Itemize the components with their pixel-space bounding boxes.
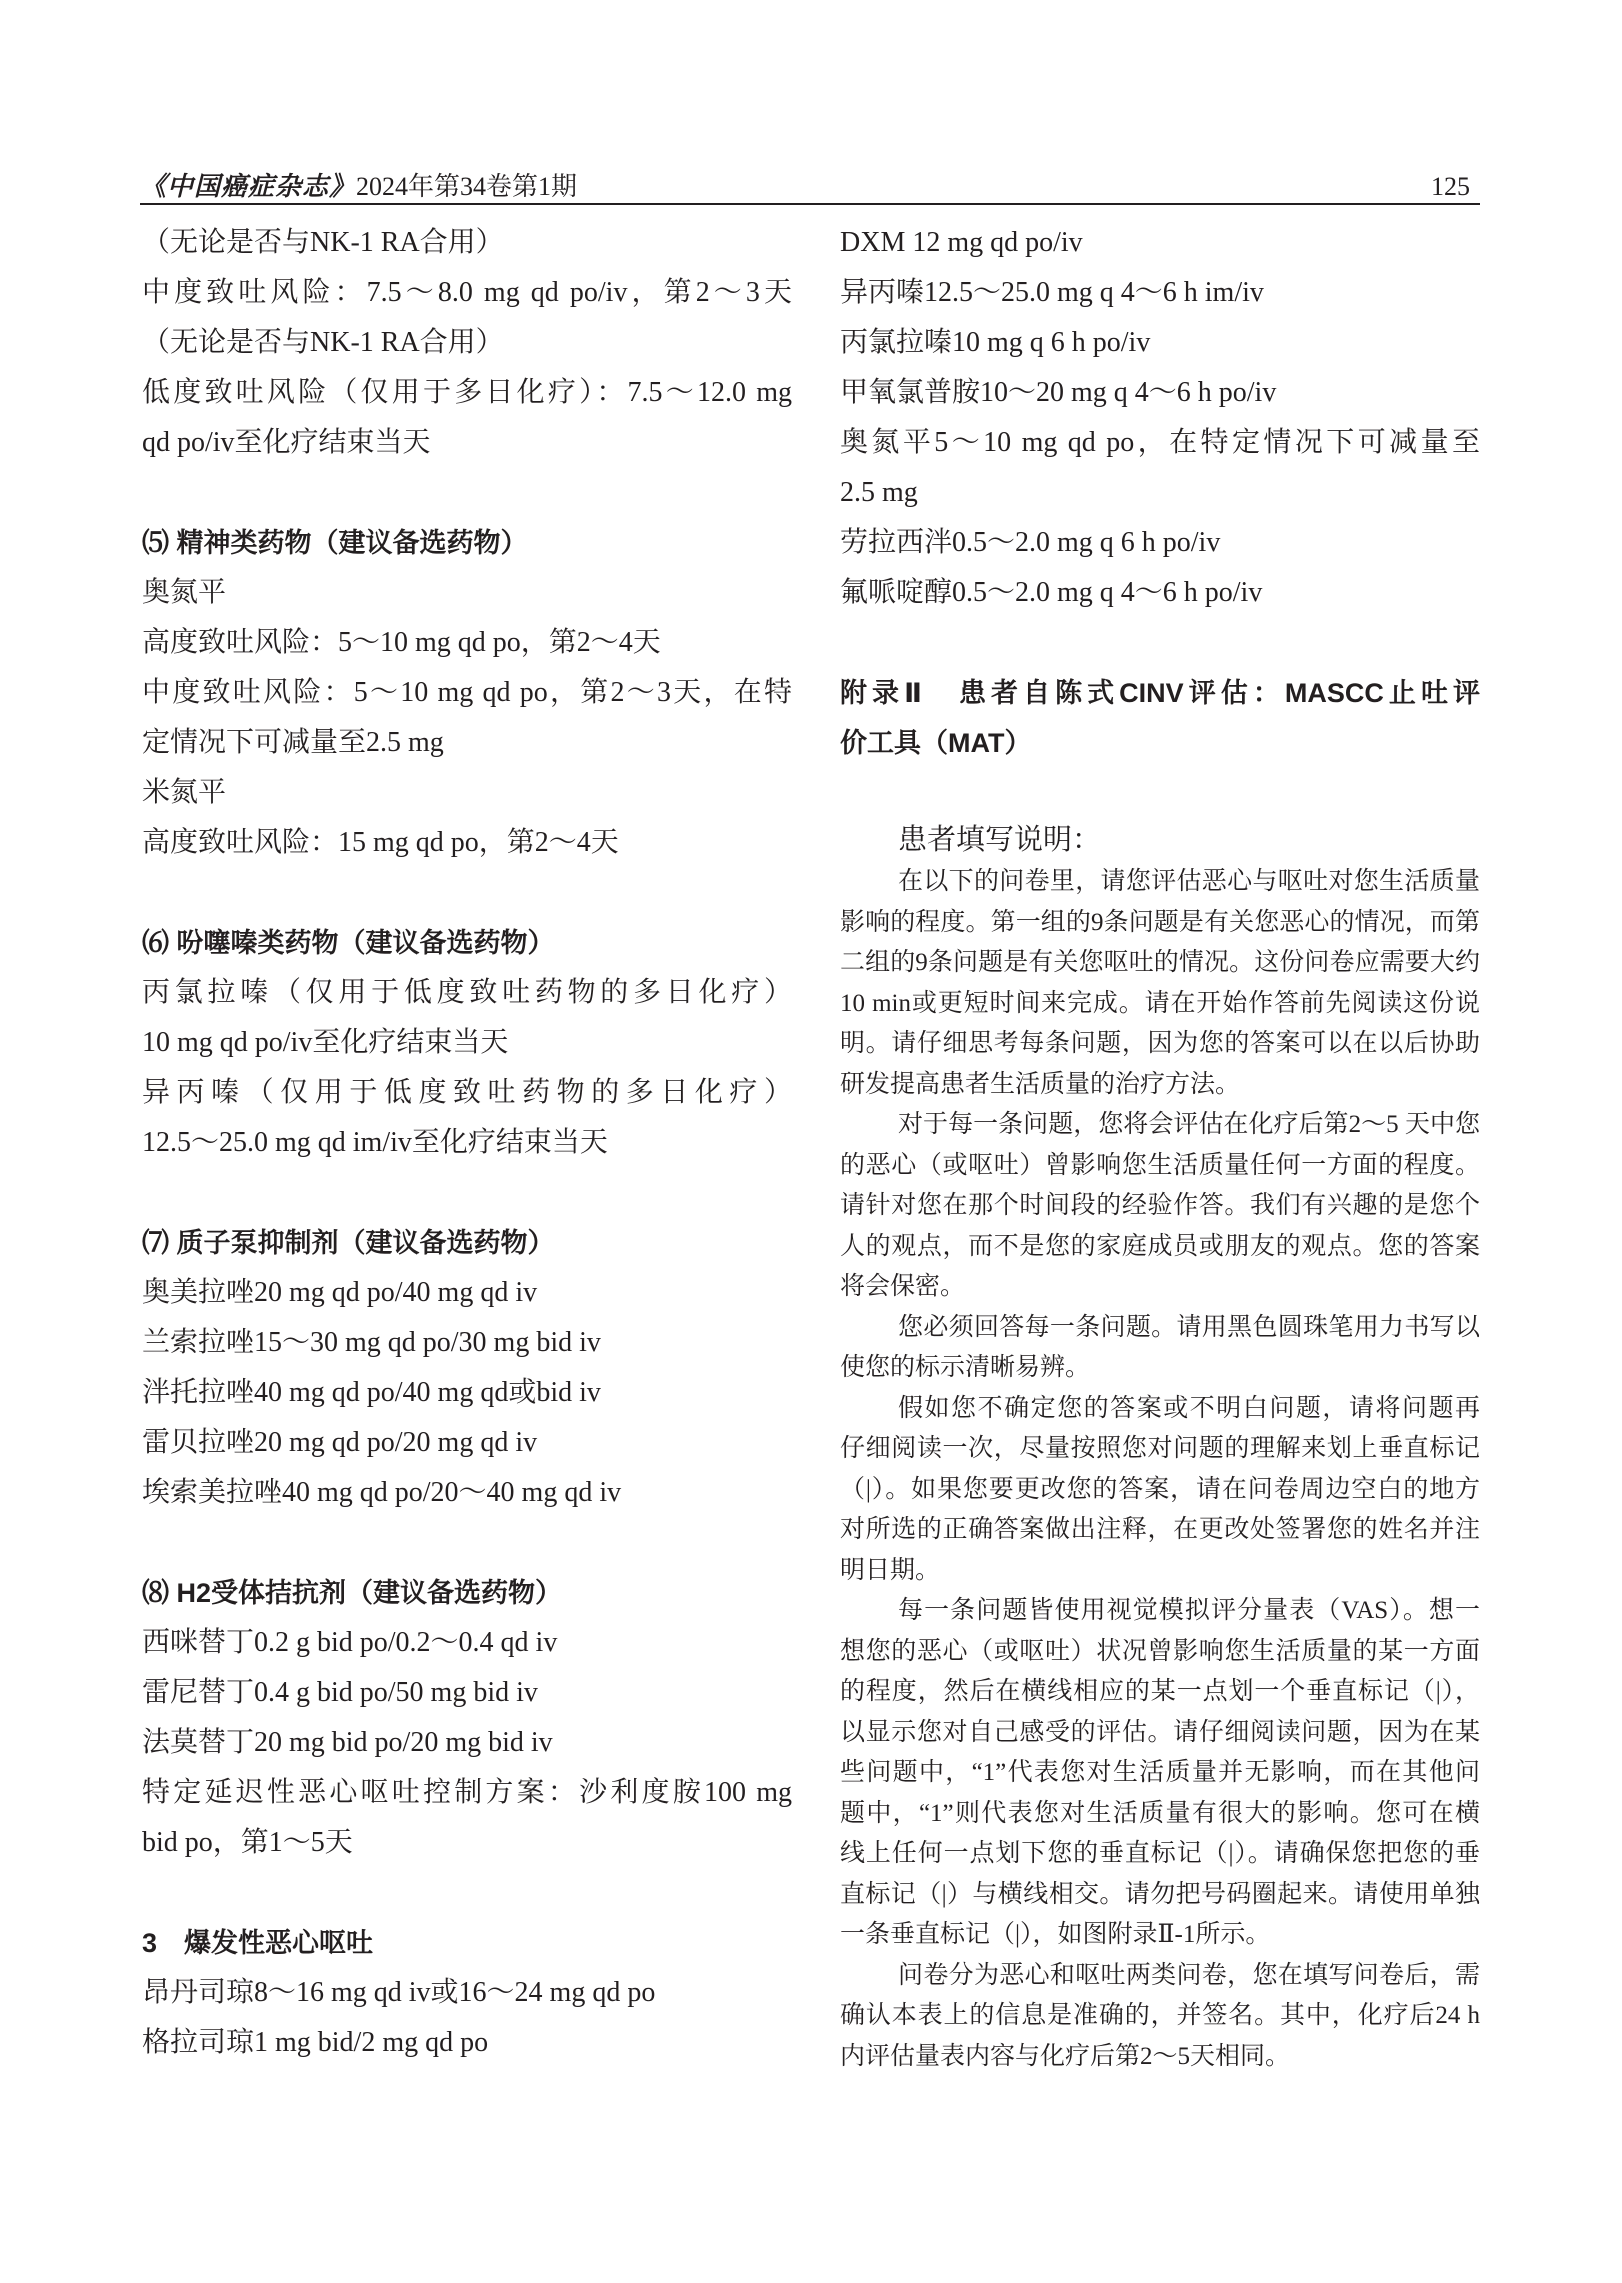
text-line: （|）。如果您要更改您的答案，请在问卷周边空白的地方 xyxy=(840,1470,1480,1511)
text-line: 中度致吐风险：5～10 mg qd po，第2～3天，在特 xyxy=(142,668,792,718)
text-line: 每一条问题皆使用视觉模拟评分量表（VAS）。想一 xyxy=(840,1591,1480,1632)
text-line: 二组的9条问题是有关您呕吐的情况。这份问卷应需要大约 xyxy=(840,943,1480,984)
text-line: 12.5～25.0 mg qd im/iv至化疗结束当天 xyxy=(142,1118,792,1168)
page-number: 125 xyxy=(1431,170,1470,204)
text-line: 西咪替丁0.2 g bid po/0.2～0.4 qd iv xyxy=(142,1618,792,1668)
text-line: 格拉司琼1 mg bid/2 mg qd po xyxy=(142,2018,792,2068)
text-line: 研发提高患者生活质量的治疗方法。 xyxy=(840,1065,1480,1106)
text-line: 想您的恶心（或呕吐）状况曾影响您生活质量的某一方面 xyxy=(840,1632,1480,1673)
journal-citation: 《中国癌症杂志》2024年第34卷第1期 xyxy=(140,170,577,204)
header-rule xyxy=(140,203,1480,205)
section-heading-psychotropic: ⑸ 精神类药物（建议备选药物） xyxy=(142,518,792,568)
text-line: 影响的程度。第一组的9条问题是有关您恶心的情况，而第 xyxy=(840,903,1480,944)
journal-page: 《中国癌症杂志》2024年第34卷第1期 125 （无论是否与NK-1 RA合用… xyxy=(0,0,1622,2283)
text-line: 内评估量表内容与化疗后第2～5天相同。 xyxy=(840,2037,1480,2078)
text-line: 问卷分为恶心和呕吐两类问卷，您在填写问卷后，需 xyxy=(840,1956,1480,1997)
text-line: （无论是否与NK-1 RA合用） xyxy=(142,218,792,268)
text-line: 奥美拉唑20 mg qd po/40 mg qd iv xyxy=(142,1268,792,1318)
text-line: 米氮平 xyxy=(142,768,792,818)
text-line: 些问题中，“1”代表您对生活质量并无影响，而在其他问 xyxy=(840,1753,1480,1794)
text-line: 昂丹司琼8～16 mg qd iv或16～24 mg qd po xyxy=(142,1968,792,2018)
instructions-title: 患者填写说明： xyxy=(840,818,1480,862)
text-line: 甲氧氯普胺10～20 mg q 4～6 h po/iv xyxy=(840,368,1480,418)
text-line: 明。请仔细思考每条问题，因为您的答案可以在以后协助 xyxy=(840,1024,1480,1065)
text-line: 特定延迟性恶心呕吐控制方案：沙利度胺100 mg xyxy=(142,1768,792,1818)
left-column: （无论是否与NK-1 RA合用） 中度致吐风险：7.5～8.0 mg qd po… xyxy=(142,218,792,2068)
section-heading-breakthrough: 3 爆发性恶心呕吐 xyxy=(142,1918,792,1968)
section-heading-phenothiazines: ⑹ 吩噻嗪类药物（建议备选药物） xyxy=(142,918,792,968)
text-line: 对所选的正确答案做出注释，在更改处签署您的姓名并注 xyxy=(840,1510,1480,1551)
text-line: （无论是否与NK-1 RA合用） xyxy=(142,318,792,368)
text-line: 低度致吐风险（仅用于多日化疗）：7.5～12.0 mg xyxy=(142,368,792,418)
text-line: 人的观点，而不是您的家庭成员或朋友的观点。您的答案 xyxy=(840,1227,1480,1268)
appendix-title-cont: 价工具（MAT） xyxy=(840,718,1480,768)
text-line: 线上任何一点划下您的垂直标记（|）。请确保您把您的垂 xyxy=(840,1834,1480,1875)
text-line: 使您的标示清晰易辨。 xyxy=(840,1348,1480,1389)
text-line: 法莫替丁20 mg bid po/20 mg bid iv xyxy=(142,1718,792,1768)
text-line: 请针对您在那个时间段的经验作答。我们有兴趣的是您个 xyxy=(840,1186,1480,1227)
text-line: DXM 12 mg qd po/iv xyxy=(840,218,1480,268)
text-line: 定情况下可减量至2.5 mg xyxy=(142,718,792,768)
text-line: 明日期。 xyxy=(840,1551,1480,1592)
paragraph: 您必须回答每一条问题。请用黑色圆珠笔用力书写以 使您的标示清晰易辨。 xyxy=(840,1308,1480,1389)
text-line: 奥氮平 xyxy=(142,568,792,618)
right-column: DXM 12 mg qd po/iv 异丙嗪12.5～25.0 mg q 4～6… xyxy=(840,218,1480,2077)
text-line: 的程度，然后在横线相应的某一点划一个垂直标记（|）， xyxy=(840,1672,1480,1713)
text-line: 丙氯拉嗪10 mg q 6 h po/iv xyxy=(840,318,1480,368)
text-line: 雷贝拉唑20 mg qd po/20 mg qd iv xyxy=(142,1418,792,1468)
text-line: 埃索美拉唑40 mg qd po/20～40 mg qd iv xyxy=(142,1468,792,1518)
text-line: 的恶心（或呕吐）曾影响您生活质量任何一方面的程度。 xyxy=(840,1146,1480,1187)
text-line: 仔细阅读一次，尽量按照您对问题的理解来划上垂直标记 xyxy=(840,1429,1480,1470)
text-line: 高度致吐风险：15 mg qd po，第2～4天 xyxy=(142,818,792,868)
text-line: 雷尼替丁0.4 g bid po/50 mg bid iv xyxy=(142,1668,792,1718)
text-line: bid po，第1～5天 xyxy=(142,1818,792,1868)
text-line: 题中，“1”则代表您对生活质量有很大的影响。您可在横 xyxy=(840,1794,1480,1835)
text-line: 对于每一条问题，您将会评估在化疗后第2～5 天中您 xyxy=(840,1105,1480,1146)
text-line: 氟哌啶醇0.5～2.0 mg q 4～6 h po/iv xyxy=(840,568,1480,618)
text-line: 以显示您对自己感受的评估。请仔细阅读问题，因为在某 xyxy=(840,1713,1480,1754)
spacer xyxy=(142,1518,792,1568)
text-line: 您必须回答每一条问题。请用黑色圆珠笔用力书写以 xyxy=(840,1308,1480,1349)
text-line: 一条垂直标记（|），如图附录Ⅱ-1所示。 xyxy=(840,1915,1480,1956)
text-line: qd po/iv至化疗结束当天 xyxy=(142,418,792,468)
section-heading-h2: ⑻ H2受体拮抗剂（建议备选药物） xyxy=(142,1568,792,1618)
text-line: 高度致吐风险：5～10 mg qd po，第2～4天 xyxy=(142,618,792,668)
section-heading-ppi: ⑺ 质子泵抑制剂（建议备选药物） xyxy=(142,1218,792,1268)
appendix-title: 附录Ⅱ 患者自陈式CINV评估：MASCC止吐评 xyxy=(840,668,1480,718)
spacer xyxy=(142,1168,792,1218)
text-line: 直标记（|）与横线相交。请勿把号码圈起来。请使用单独 xyxy=(840,1875,1480,1916)
paragraph: 问卷分为恶心和呕吐两类问卷，您在填写问卷后，需 确认本表上的信息是准确的，并签名… xyxy=(840,1956,1480,2078)
text-line: 丙氯拉嗪（仅用于低度致吐药物的多日化疗） xyxy=(142,968,792,1018)
text-line: 10 min或更短时间来完成。请在开始作答前先阅读这份说 xyxy=(840,984,1480,1025)
paragraph: 每一条问题皆使用视觉模拟评分量表（VAS）。想一 想您的恶心（或呕吐）状况曾影响… xyxy=(840,1591,1480,1956)
paragraph: 假如您不确定您的答案或不明白问题，请将问题再 仔细阅读一次，尽量按照您对问题的理… xyxy=(840,1389,1480,1592)
text-line: 假如您不确定您的答案或不明白问题，请将问题再 xyxy=(840,1389,1480,1430)
text-line: 奥氮平5～10 mg qd po，在特定情况下可减量至 xyxy=(840,418,1480,468)
text-line: 劳拉西泮0.5～2.0 mg q 6 h po/iv xyxy=(840,518,1480,568)
text-line: 2.5 mg xyxy=(840,468,1480,518)
spacer xyxy=(142,468,792,518)
text-line: 10 mg qd po/iv至化疗结束当天 xyxy=(142,1018,792,1068)
spacer xyxy=(142,868,792,918)
text-line: 异丙嗪12.5～25.0 mg q 4～6 h im/iv xyxy=(840,268,1480,318)
journal-name: 《中国癌症杂志》 xyxy=(140,172,356,202)
journal-issue: 2024年第34卷第1期 xyxy=(356,172,577,201)
text-line: 中度致吐风险：7.5～8.0 mg qd po/iv，第2～3天 xyxy=(142,268,792,318)
text-line: 兰索拉唑15～30 mg qd po/30 mg bid iv xyxy=(142,1318,792,1368)
text-line: 将会保密。 xyxy=(840,1267,1480,1308)
text-line: 确认本表上的信息是准确的，并签名。其中，化疗后24 h xyxy=(840,1996,1480,2037)
spacer xyxy=(142,1868,792,1918)
running-header: 《中国癌症杂志》2024年第34卷第1期 125 xyxy=(140,170,1480,204)
text-line: 在以下的问卷里，请您评估恶心与呕吐对您生活质量 xyxy=(840,862,1480,903)
paragraph: 在以下的问卷里，请您评估恶心与呕吐对您生活质量 影响的程度。第一组的9条问题是有… xyxy=(840,862,1480,1105)
paragraph: 对于每一条问题，您将会评估在化疗后第2～5 天中您 的恶心（或呕吐）曾影响您生活… xyxy=(840,1105,1480,1308)
spacer xyxy=(840,768,1480,818)
text-line: 泮托拉唑40 mg qd po/40 mg qd或bid iv xyxy=(142,1368,792,1418)
text-line: 异丙嗪（仅用于低度致吐药物的多日化疗） xyxy=(142,1068,792,1118)
spacer xyxy=(840,618,1480,668)
